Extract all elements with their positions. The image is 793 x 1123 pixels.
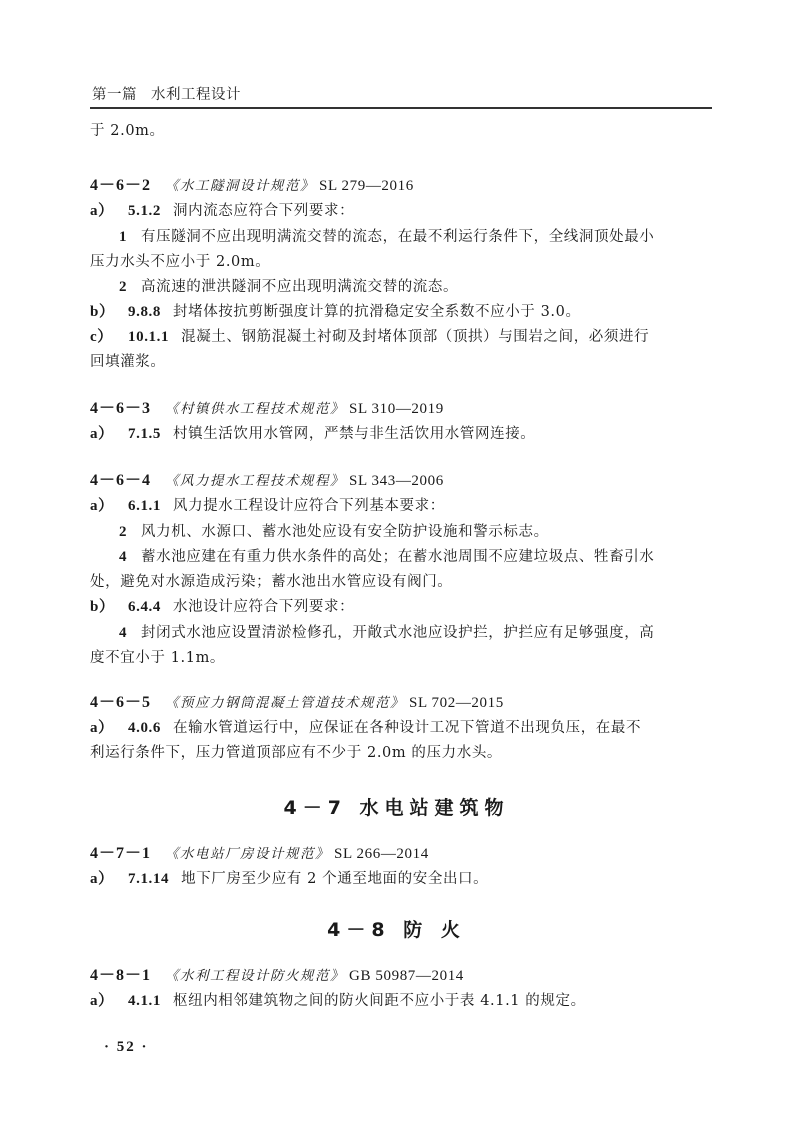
clause-6-1-1: a）6.1.1风力提水工程设计应符合下列基本要求： (90, 497, 445, 515)
section-title-4-8: 4－8 防 火 (0, 915, 793, 942)
clause-item-cont: 处，避免对水源造成污染；蓄水池出水管应设有阀门。 (90, 573, 452, 591)
standard-heading-4-6-2: 4－6－2《水工隧洞设计规范》SL 279—2016 (90, 177, 414, 195)
standard-heading-4-8-1: 4－8－1《水利工程设计防火规范》GB 50987—2014 (90, 967, 464, 985)
clause-7-1-5: a）7.1.5村镇生活饮用水管网，严禁与非生活饮用水管网连接。 (90, 425, 535, 443)
clause-4-0-6: a）4.0.6在输水管道运行中，应保证在各种设计工况下管道不出现负压，在最不 (90, 719, 641, 737)
standard-heading-4-7-1: 4－7－1《水电站厂房设计规范》SL 266—2014 (90, 845, 429, 863)
clause-9-8-8: b）9.8.8封堵体按抗剪断强度计算的抗滑稳定安全系数不应小于 3.0。 (90, 303, 581, 321)
clause-cont: 回填灌浆。 (90, 353, 166, 371)
standard-heading-4-6-3: 4－6－3《村镇供水工程技术规范》SL 310—2019 (90, 400, 444, 418)
standard-heading-4-6-4: 4－6－4《风力提水工程技术规程》SL 343—2006 (90, 472, 444, 490)
header-part: 第一篇 (92, 87, 137, 103)
clause-cont: 利运行条件下，压力管道顶部应有不少于 2.0m 的压力水头。 (90, 744, 502, 762)
clause-item: 1有压隧洞不应出现明满流交替的流态，在最不利运行条件下，全线洞顶处最小 (119, 228, 654, 246)
header-title: 水利工程设计 (151, 87, 241, 103)
clause-item: 4封闭式水池应设置清淤检修孔，开敞式水池应设护拦，护拦应有足够强度，高 (119, 624, 654, 642)
section-title-4-7: 4－7 水电站建筑物 (0, 793, 793, 820)
standard-heading-4-6-5: 4－6－5《预应力钢筒混凝土管道技术规范》SL 702—2015 (90, 694, 504, 712)
running-header: 第一篇水利工程设计 (92, 83, 241, 104)
page-number: · 52 · (104, 1039, 149, 1056)
clause-6-4-4: b）6.4.4水池设计应符合下列要求： (90, 598, 354, 616)
header-rule (90, 107, 712, 109)
clause-item-cont: 度不宜小于 1.1m。 (90, 649, 225, 667)
clause-item: 4蓄水池应建在有重力供水条件的高处；在蓄水池周围不应建垃圾点、牲畜引水 (119, 548, 654, 566)
clause-10-1-1: c）10.1.1混凝土、钢筋混凝土衬砌及封堵体顶部（顶拱）与围岩之间，必须进行 (90, 328, 649, 346)
document-page: 第一篇水利工程设计 于 2.0m。 4－6－2《水工隧洞设计规范》SL 279—… (0, 0, 793, 1123)
continuation-text: 于 2.0m。 (90, 122, 165, 140)
clause-7-1-14: a）7.1.14地下厂房至少应有 2 个通至地面的安全出口。 (90, 870, 488, 888)
clause-item: 2风力机、水源口、蓄水池处应设有安全防护设施和警示标志。 (119, 523, 549, 541)
clause-item: 2高流速的泄洪隧洞不应出现明满流交替的流态。 (119, 278, 458, 296)
clause-5-1-2: a）5.1.2洞内流态应符合下列要求： (90, 202, 354, 220)
clause-4-1-1: a）4.1.1枢纽内相邻建筑物之间的防火间距不应小于表 4.1.1 的规定。 (90, 992, 586, 1010)
clause-item-cont: 压力水头不应小于 2.0m。 (90, 253, 270, 271)
